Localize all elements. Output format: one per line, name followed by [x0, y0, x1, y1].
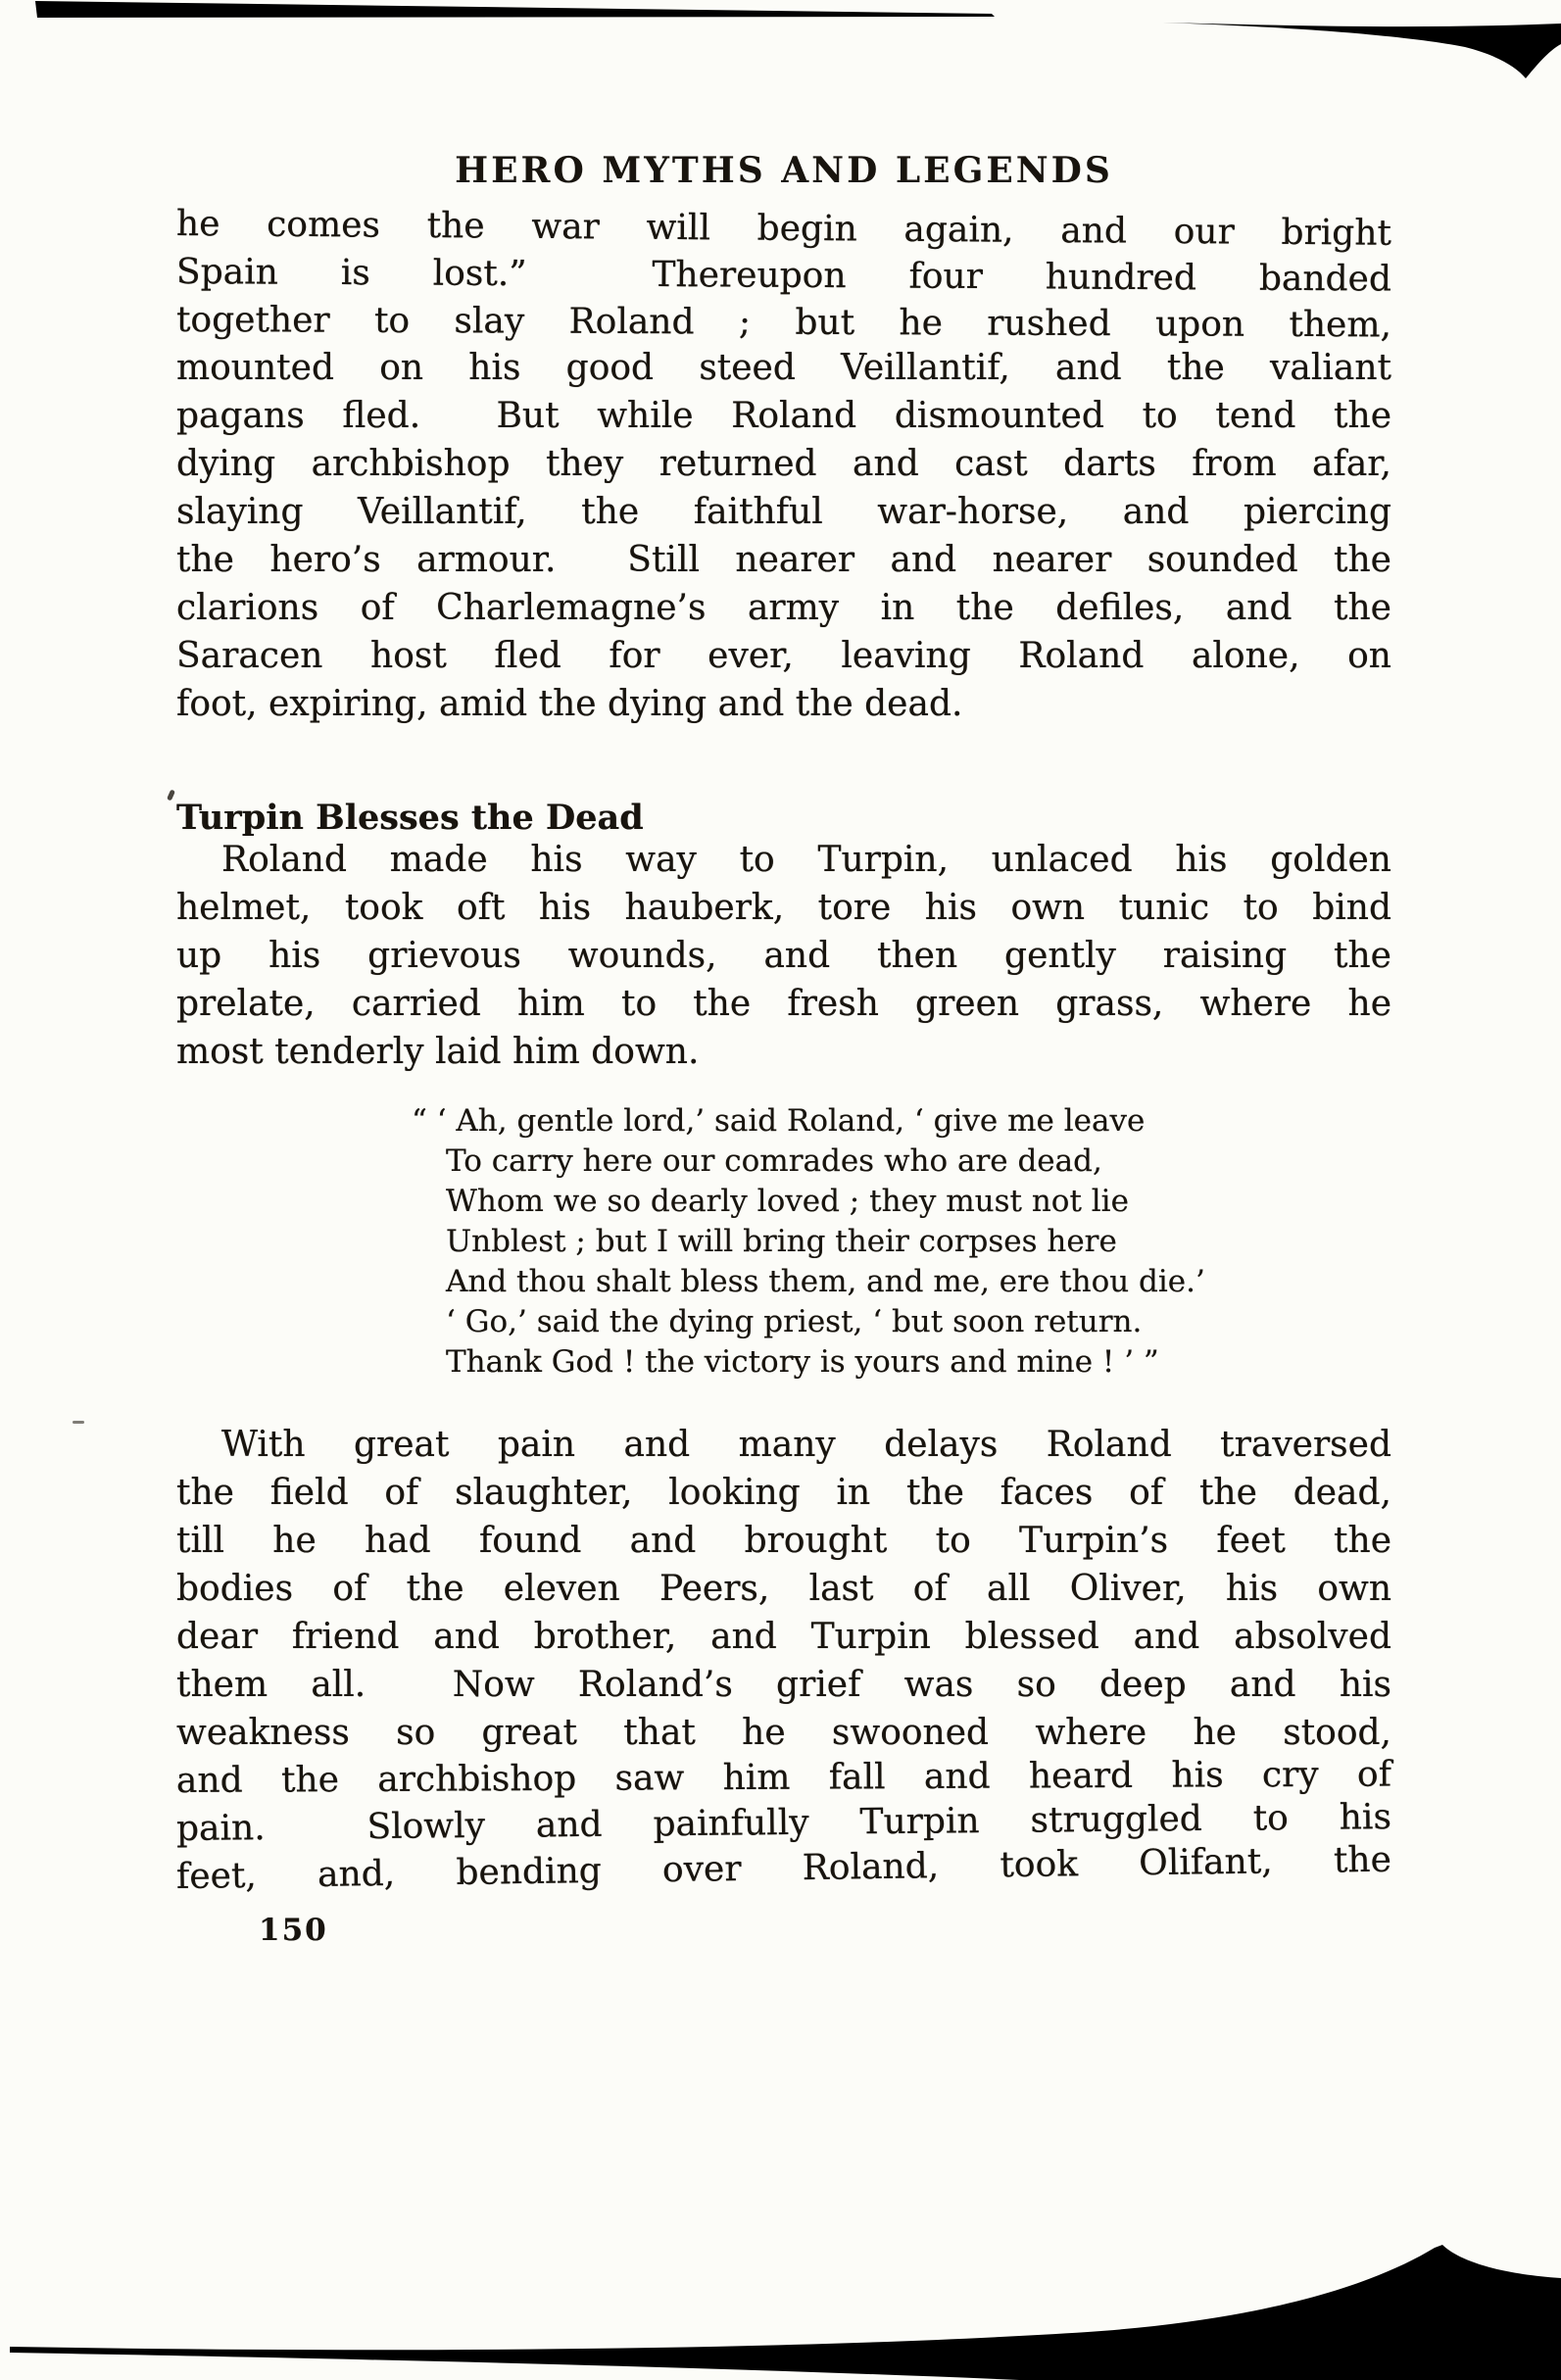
text-line: helmet, took oft his hauberk, tore his o…: [176, 884, 1391, 932]
text-line: weakness so great that he swooned where …: [176, 1709, 1391, 1757]
text-line: the field of slaughter, looking in the f…: [176, 1469, 1391, 1517]
scan-artifact-top-left-icon: [35, 1, 995, 18]
text-line: Spain is lost.” Thereupon four hundred b…: [176, 248, 1391, 304]
paragraph-3: With great pain and many delays Roland t…: [176, 1421, 1391, 1901]
scan-speck-icon: [167, 789, 175, 801]
text-line: mounted on his good steed Veillantif, an…: [176, 344, 1391, 392]
text-line: most tenderly laid him down.: [176, 1028, 1391, 1076]
text-line: them all. Now Roland’s grief was so deep…: [176, 1661, 1391, 1709]
text-line: prelate, carried him to the fresh green …: [176, 980, 1391, 1028]
scan-artifact-bottom-icon: [10, 2245, 1561, 2380]
text-line: ‘ Go,’ said the dying priest, ‘ but soon…: [412, 1302, 1293, 1342]
text-line: bodies of the eleven Peers, last of all …: [176, 1565, 1391, 1613]
text-line: up his grievous wounds, and then gently …: [176, 932, 1391, 980]
section-heading: Turpin Blesses the Dead: [176, 798, 1391, 839]
text-line: Thank God ! the victory is yours and min…: [412, 1342, 1293, 1383]
page-number: 150: [259, 1913, 328, 1948]
text-line: clarions of Charlemagne’s army in the de…: [176, 584, 1391, 632]
book-page: HERO MYTHS AND LEGENDS he comes the war …: [0, 0, 1561, 2380]
poem-quote: “ ‘ Ah, gentle lord,’ said Roland, ‘ giv…: [412, 1101, 1293, 1383]
text-line: Saracen host fled for ever, leaving Rola…: [176, 632, 1391, 680]
paragraph-1: he comes the war will begin again, and o…: [176, 200, 1391, 728]
text-line: slaying Veillantif, the faithful war-hor…: [176, 488, 1391, 536]
text-line: dying archbishop they returned and cast …: [176, 440, 1391, 488]
text-line: With great pain and many delays Roland t…: [176, 1421, 1391, 1469]
scan-speck-icon: [73, 1421, 84, 1424]
text-line: And thou shalt bless them, and me, ere t…: [412, 1262, 1293, 1302]
text-line: foot, expiring, amid the dying and the d…: [176, 680, 1391, 728]
scan-artifact-top-right-icon: [1162, 23, 1561, 78]
text-line: till he had found and brought to Turpin’…: [176, 1517, 1391, 1565]
text-line: the hero’s armour. Still nearer and near…: [176, 536, 1391, 584]
text-line: Whom we so dearly loved ; they must not …: [412, 1182, 1293, 1222]
text-line: To carry here our comrades who are dead,: [412, 1141, 1293, 1182]
text-line: dear friend and brother, and Turpin bles…: [176, 1613, 1391, 1661]
text-line: Roland made his way to Turpin, unlaced h…: [176, 836, 1391, 884]
running-head: HERO MYTHS AND LEGENDS: [176, 149, 1391, 192]
text-line: Unblest ; but I will bring their corpses…: [412, 1222, 1293, 1262]
text-line: “ ‘ Ah, gentle lord,’ said Roland, ‘ giv…: [412, 1101, 1293, 1141]
text-line: pagans fled. But while Roland dismounted…: [176, 392, 1391, 440]
paragraph-2: Roland made his way to Turpin, unlaced h…: [176, 836, 1391, 1076]
text-line: together to slay Roland ; but he rushed …: [176, 296, 1391, 349]
